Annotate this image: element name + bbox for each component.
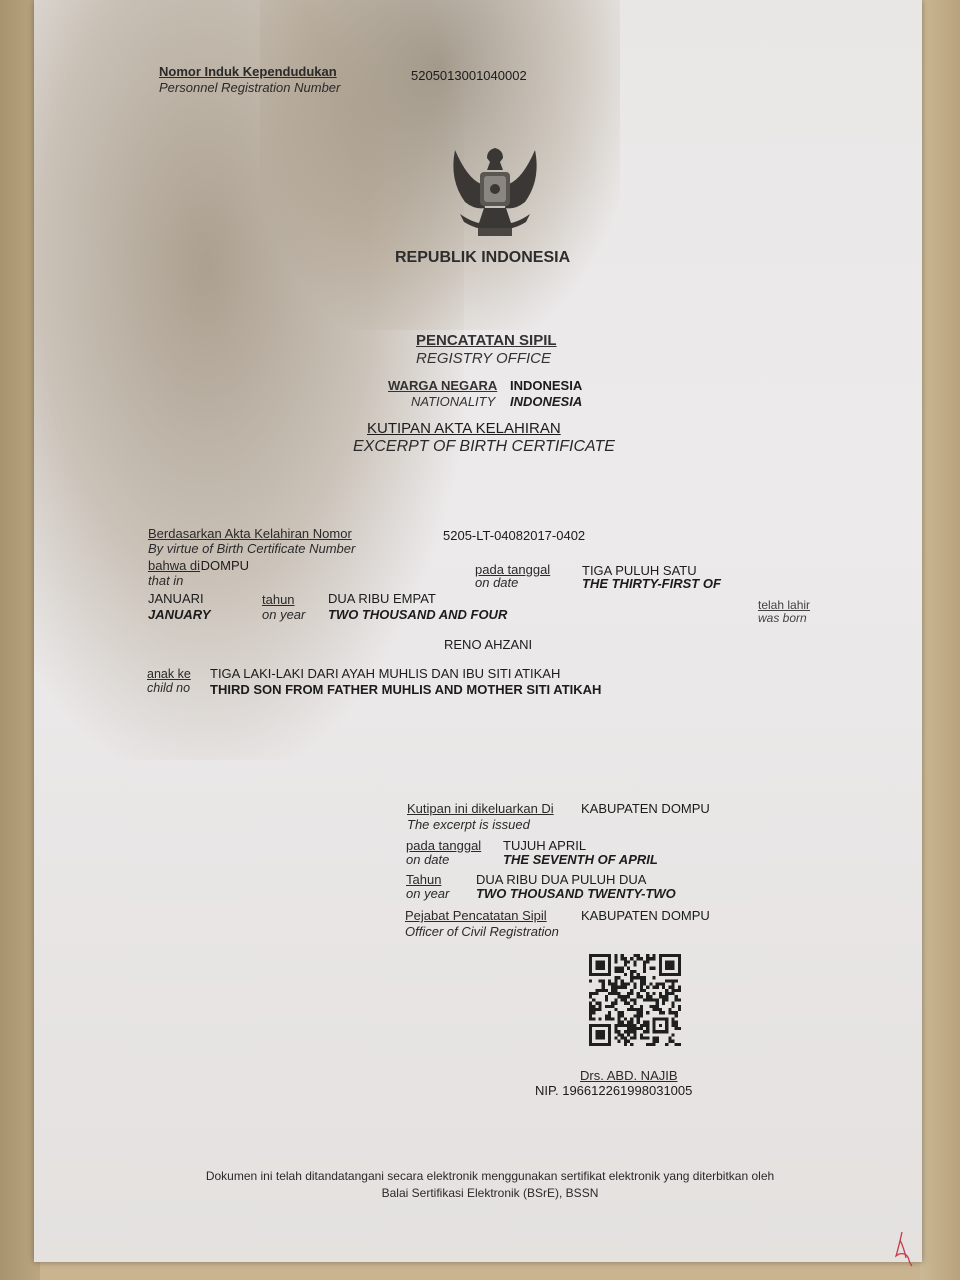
issue-year-label-en: on year: [406, 886, 449, 902]
birth-year-value: DUA RIBU EMPAT: [328, 591, 436, 607]
nik-value: 5205013001040002: [411, 68, 527, 84]
issue-date-label-en: on date: [406, 852, 449, 868]
nik-label: Nomor Induk Kependudukan: [159, 64, 337, 80]
garuda-emblem-icon: [440, 140, 550, 245]
birth-year-value-en: TWO THOUSAND AND FOUR: [328, 607, 507, 623]
backdrop-right: [920, 0, 960, 1280]
footer-note-line1: Dokumen ini telah ditandatangani secara …: [100, 1168, 880, 1184]
office-title-en: REGISTRY OFFICE: [416, 350, 551, 368]
issued-label-en: The excerpt is issued: [407, 817, 530, 833]
signatory-nip: NIP. 196612261998031005: [535, 1083, 692, 1099]
nationality-value: INDONESIA: [510, 378, 582, 394]
birth-month-value: JANUARI: [148, 591, 204, 607]
birth-place: bahwa di DOMPU: [148, 558, 249, 574]
birth-month-value-en: JANUARY: [148, 607, 211, 623]
cert-number-label-en: By virtue of Birth Certificate Number: [148, 541, 355, 557]
child-order-label-en: child no: [147, 680, 190, 696]
birth-place-value: DOMPU: [201, 558, 249, 573]
country-name: REPUBLIK INDONESIA: [395, 249, 570, 267]
officer-label: Pejabat Pencatatan Sipil: [405, 908, 547, 924]
office-title: PENCATATAN SIPIL: [416, 332, 557, 350]
birth-date-label-en: on date: [475, 575, 518, 591]
issued-label: Kutipan ini dikeluarkan Di: [407, 801, 554, 817]
birth-date-value-en: THE THIRTY-FIRST OF: [582, 576, 721, 592]
cert-number-value: 5205-LT-04082017-0402: [443, 528, 585, 544]
handwritten-mark-icon: [890, 1228, 920, 1268]
child-name: RENO AHZANI: [444, 637, 532, 653]
officer-label-en: Officer of Civil Registration: [405, 924, 559, 940]
birth-place-label-en: that in: [148, 573, 183, 589]
officer-value: KABUPATEN DOMPU: [581, 908, 710, 924]
child-order-value: TIGA LAKI-LAKI DARI AYAH MUHLIS DAN IBU …: [210, 666, 560, 682]
nationality-value-en: INDONESIA: [510, 394, 582, 410]
born-label-en: was born: [758, 610, 807, 626]
birth-place-label: bahwa di: [148, 558, 200, 573]
birth-year-label-en: on year: [262, 607, 305, 623]
nationality-label: WARGA NEGARA: [388, 378, 497, 394]
document-title: KUTIPAN AKTA KELAHIRAN: [367, 420, 561, 438]
signatory-name: Drs. ABD. NAJIB: [580, 1068, 678, 1084]
issued-value: KABUPATEN DOMPU: [581, 801, 710, 817]
nik-label-en: Personnel Registration Number: [159, 80, 340, 96]
child-order-value-en: THIRD SON FROM FATHER MUHLIS AND MOTHER …: [210, 682, 601, 698]
nationality-label-en: NATIONALITY: [411, 394, 495, 410]
issue-year-value-en: TWO THOUSAND TWENTY-TWO: [476, 886, 676, 902]
cert-number-label: Berdasarkan Akta Kelahiran Nomor: [148, 526, 352, 542]
birth-year-label: tahun: [262, 592, 295, 608]
footer-note-line2: Balai Sertifikasi Elektronik (BSrE), BSS…: [100, 1185, 880, 1201]
qr-code-icon[interactable]: [589, 954, 681, 1046]
document-title-en: EXCERPT OF BIRTH CERTIFICATE: [353, 438, 615, 456]
issue-date-value-en: THE SEVENTH OF APRIL: [503, 852, 658, 868]
